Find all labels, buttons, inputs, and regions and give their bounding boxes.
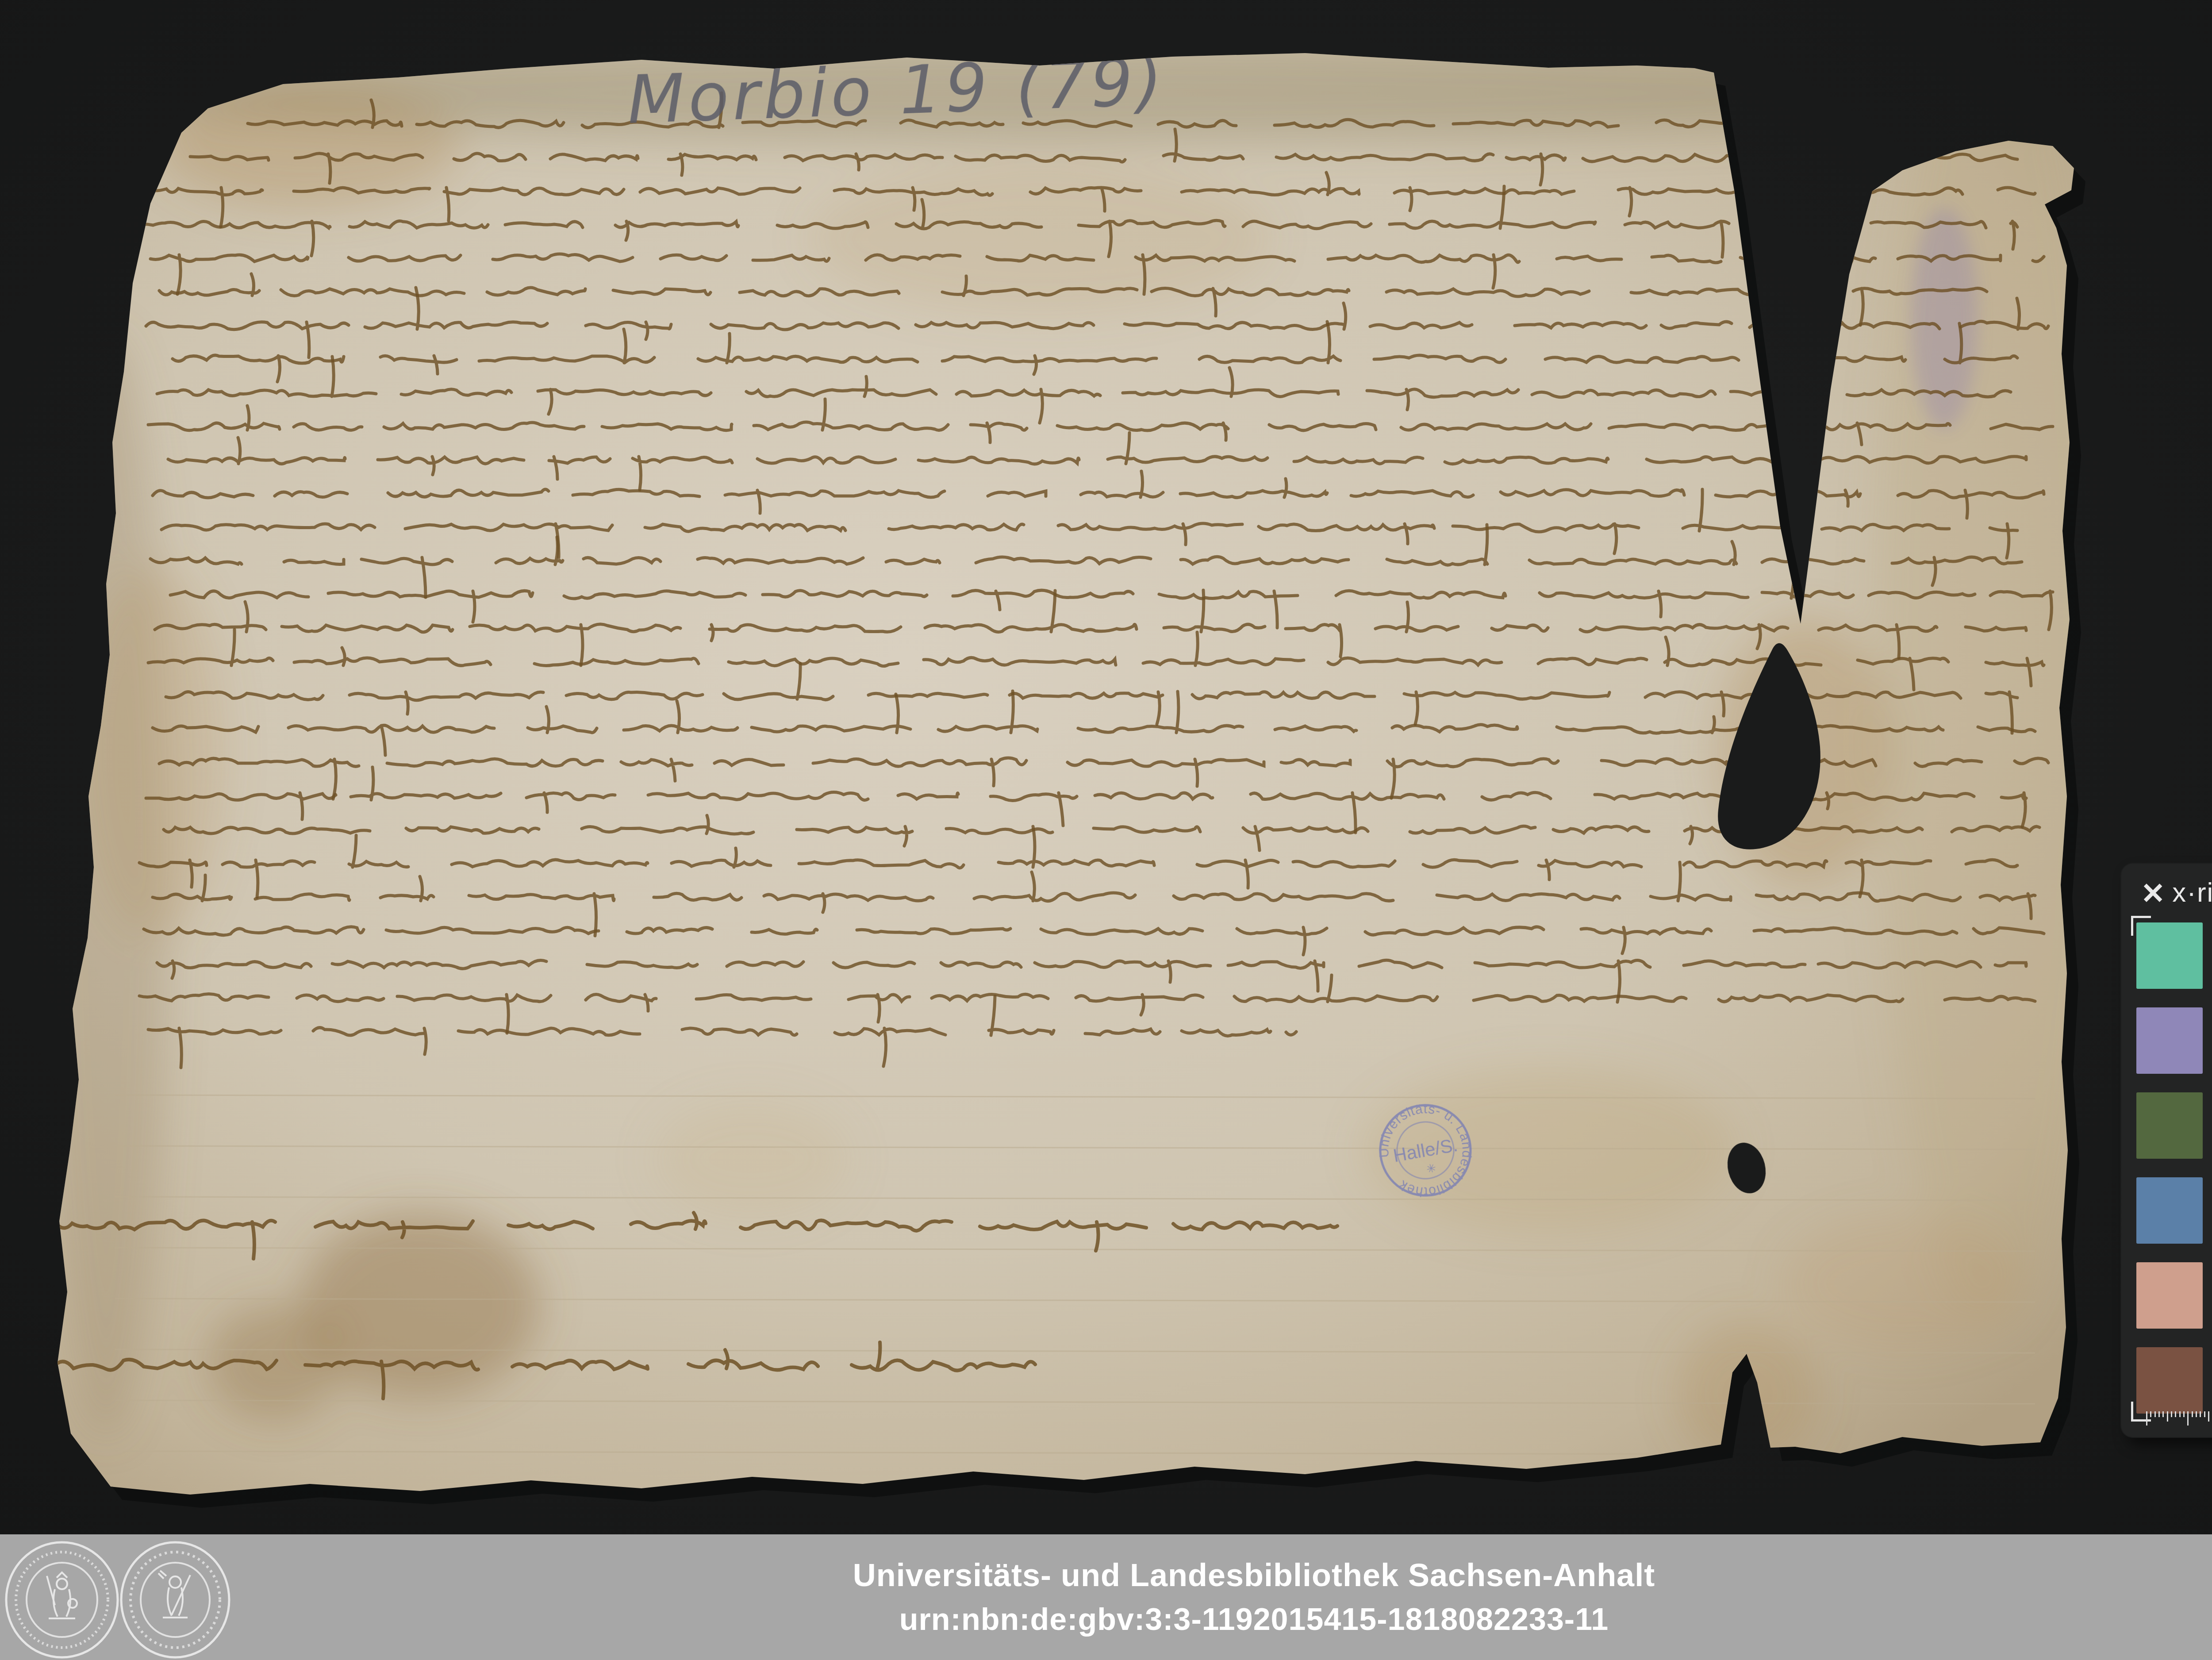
xrite-brand: ✕ x·rite (2141, 876, 2212, 910)
ruler-tick (2200, 1411, 2201, 1417)
colorchecker-header: ✕ x·rite colorchecker CLASSIC (2121, 864, 2212, 921)
color-swatch (2136, 1007, 2203, 1074)
xrite-brand-label: x·rite (2172, 877, 2212, 908)
ruler-tick (2204, 1411, 2205, 1417)
xrite-x-icon: ✕ (2141, 876, 2166, 911)
ruler-tick (2154, 1411, 2156, 1417)
ruler-tick (2171, 1411, 2172, 1417)
urn-identifier: urn:nbn:de:gbv:3:3-1192015415-1818082233… (899, 1602, 1609, 1637)
color-swatch (2136, 922, 2203, 989)
color-swatch (2136, 1347, 2203, 1414)
ruler-tick (2183, 1411, 2185, 1417)
color-swatch (2136, 1262, 2203, 1329)
color-swatch (2136, 1177, 2203, 1244)
ruler-tick (2150, 1411, 2151, 1417)
ruler-tick (2146, 1411, 2147, 1426)
footer-text: Universitäts- und Landesbibliothek Sachs… (0, 1534, 2212, 1660)
ruler-tick (2179, 1411, 2181, 1417)
ruler-tick (2192, 1411, 2193, 1417)
ruler-tick (2196, 1411, 2197, 1417)
digitized-charter-photo: Morbio 19 (79) Universitäts- u. Landesbi… (0, 0, 2212, 1660)
ruler-tick (2175, 1411, 2176, 1417)
footer-bar: Universitäts- und Landesbibliothek Sachs… (0, 1534, 2212, 1660)
color-swatch (2136, 1092, 2203, 1159)
ruler-tick (2158, 1411, 2160, 1417)
manuscript-canvas: Morbio 19 (79) Universitäts- u. Landesbi… (0, 0, 2212, 1660)
library-name: Universitäts- und Landesbibliothek Sachs… (853, 1557, 1655, 1594)
ruler-tick (2162, 1411, 2164, 1417)
swatch-grid (2136, 922, 2212, 1414)
colorchecker-card: ✕ x·rite colorchecker CLASSIC mm (2121, 864, 2212, 1437)
ruler-tick (2167, 1411, 2168, 1422)
ruler-tick (2187, 1411, 2189, 1426)
ruler-tick (2208, 1411, 2209, 1422)
mm-ruler (2146, 1411, 2212, 1432)
